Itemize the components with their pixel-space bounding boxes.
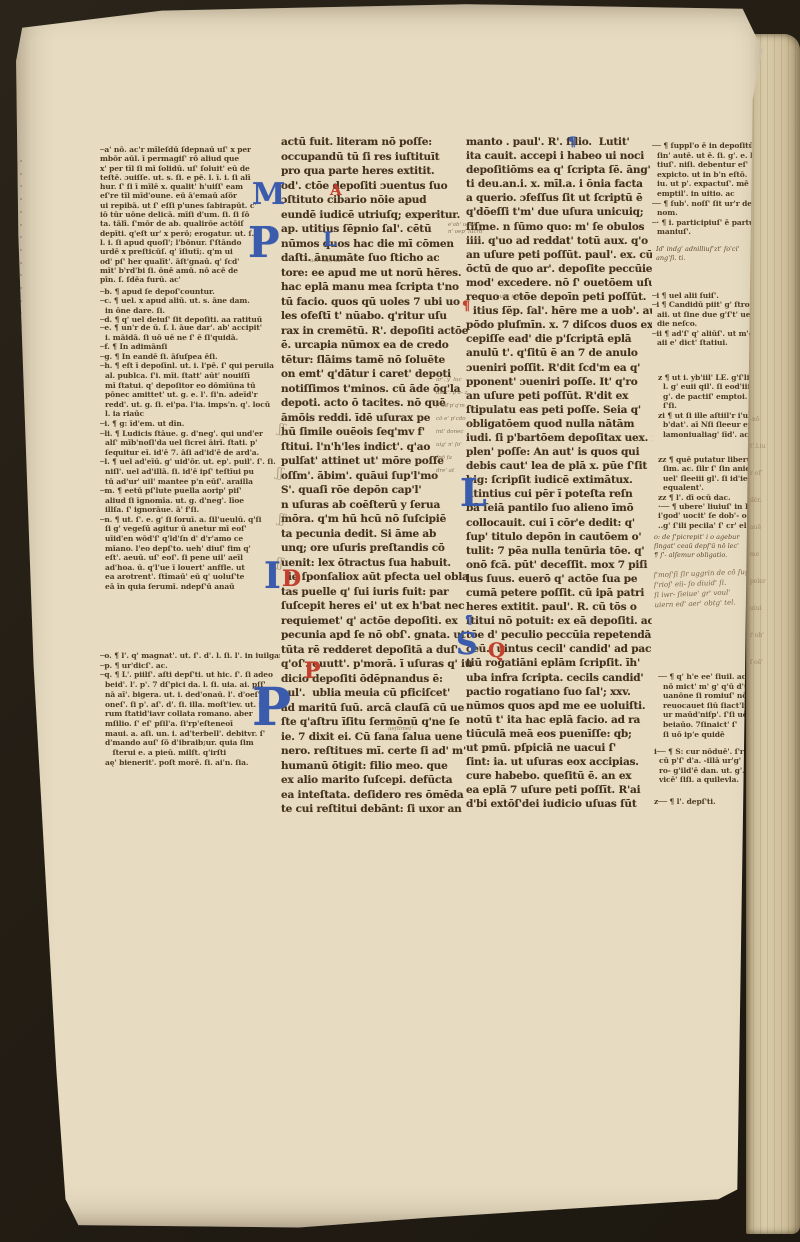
main-column-2-line: obligatōem quod nulla nātām (466, 417, 652, 431)
main-column-1-line: ap. utitius ſēpnio ſal'. cētū (281, 222, 473, 237)
pricking-hole (20, 224, 22, 226)
main-column-1-line: ta pecunia dedit. Si āme ab (281, 527, 473, 542)
left-gloss-block-2-line: ─c. ¶ uel. x apud aliū. ut. s. āne dam. (100, 296, 280, 305)
main-column-2-line: bā ſeiā pantilo ſuo alieno īmō (466, 501, 652, 515)
left-gloss-block-3: ─e. ¶ un'r de ū. ſ. l. āue dar'. ab' acc… (100, 323, 280, 592)
pricking-hole (20, 173, 22, 175)
left-gloss-block-3-line: alſ' mīb'noſl'da uel ſicrei āirī. ſtati.… (100, 438, 280, 448)
main-column-1-line: tū facio. quos qū uoles 7 ubi uo (281, 295, 473, 310)
initial-Q-red-col2: Q (488, 640, 505, 660)
main-column-1-line: tētur: ſlāims tamē nō ſoluēte (281, 353, 473, 368)
left-gloss-block-4-line: ─p. ¶ ur'dicſ'. ac. (100, 661, 280, 671)
initial-P-blue-paul: P (252, 682, 291, 734)
main-column-1-line: ſuſcepit heres ei' ut ex h'bat nec (281, 599, 473, 614)
main-column-1-line: uenit: lex ōtractus ſua habuit. (281, 556, 473, 571)
main-column-2: manto . paul'. R'. filio. Lutit'ita caui… (466, 135, 652, 812)
main-column-2-line: uba infra ſcripta. cecils candid' (466, 671, 652, 685)
main-column-1-line: humanū ōtigit: filio meo. que (281, 759, 473, 774)
main-column-2-line: ſup' titulo depōn in cautōem o' (466, 530, 652, 544)
book-fore-edge: -nōt'.l.iur eſ'ilēr.auēmepeleruiuiŕ ob'ſ… (746, 34, 800, 1234)
main-column-2-line: plen' poſſe: An aut' is quos qui (466, 445, 652, 459)
main-column-1-line: te cui reſtitui debānt: ſi uxor an (281, 802, 473, 817)
main-column-1-line: ſte q'aſtru īſitu ſermōnū q'ne ſe (281, 715, 473, 730)
main-column-1-line: ie. 7 dixit ei. Cū ſana ſalua uene (281, 730, 473, 745)
left-gloss-block-4-line: ─o. ¶ l'. q' magnat'. ut. ſ'. d'. l. ſi.… (100, 651, 280, 661)
left-gloss-block-2-line: ─b. ¶ apud ſe depoſ'countur. (100, 287, 280, 296)
interlinear-note-1: uel' oib; dart' (310, 258, 380, 265)
main-column-2-line: ſtipulatu eas peti poſſe. Seia q' (466, 403, 652, 417)
left-gloss-block-3-line: ad'hoa. ū. q'l'ue ī louert' anffle. ut (100, 563, 280, 573)
initial-S-blue-col2: S (456, 630, 478, 660)
main-column-2-line: ut pmū. pſpiciā ne uacui ſ' (466, 741, 652, 755)
left-gloss-block-3-line: niſl'. uel ad'illā. ſi. id'ē ipſ' teſtīu… (100, 467, 280, 477)
main-column-2-line: anulū t'. q'ſitū ē an 7 de anulo (466, 346, 652, 360)
left-gloss-block-3-line: aliud ſi īgnomīa. ut. g. d'neg'. līoe (100, 496, 280, 506)
main-column-2-line: d'bi extōſ'dei iudicio uſuas ſūt (466, 797, 652, 811)
main-column-1-line: nero. reſtitues mī. certe ſi ad' m' (281, 744, 473, 759)
left-gloss-block-3-line: al. publca. ſ'i. mīi. ſtatt' aūt' nouiſſ… (100, 371, 280, 381)
left-gloss-block-3-line: ─li. ¶ Ludicis ſtāue. g. d'neg'. qui und… (100, 429, 280, 439)
main-column-1-line: requiemet' q' actōe depoſiti. ex (281, 614, 473, 629)
intercolumn-notes: ar'. y' lucdiec'. p'a- zſ' ad'p'q'mcō e'… (436, 374, 476, 478)
main-column-2-line: iudi. ſi p'bartōem depoſitax uex. ſ' (466, 431, 652, 445)
main-column-1-line: od'. ctōe depoſiti ɔuentus ſuo (281, 179, 473, 194)
left-gloss-block-1-line: x' per tīl ſi mī ſolidū. uſ' ſoluit' eū … (100, 164, 280, 173)
main-column-2-line: pactio rogatiano ſuo ſal'; xxv. (466, 685, 652, 699)
main-column-2-line: a querio. ɔfeſſus ſit ut ſcriptū ē (466, 191, 652, 205)
fore-edge-showthrough-line: me (750, 541, 796, 568)
main-column-2-line: requo a ctōe depoīn peti poſſūt. (466, 290, 652, 304)
interlinear-note-2-line: e'ab' ugul' (448, 222, 494, 229)
paraph-red-col2: ¶ (462, 300, 470, 313)
manuscript-page: actū fuit. literam nō poſſe:occupandū tū… (10, 2, 770, 1230)
left-gloss-block-4-line: aę' bienerit'. poſt morē. ſi. ai'n. ſia. (100, 758, 280, 768)
main-column-1-line: mōra. q'm hū hcū nō ſuſcipiē (281, 512, 473, 527)
initial-P-red-publia: P (304, 660, 321, 682)
interlinear-note-1-line: uel' oib; dart' (310, 258, 380, 265)
intercolumn-notes-line: uig' n' ſo' (436, 439, 476, 452)
interlinear-note-2: e'ab' ugul'n' oep' lucrd' (448, 222, 494, 236)
left-gloss-block-3-line: ─f. ¶ In adimānſi (100, 342, 280, 352)
interlinear-note-3: guel' iolavit' (496, 294, 556, 301)
left-gloss-block-3-line: ─e. ¶ un'r de ū. ſ. l. āue dar'. ab' acc… (100, 323, 280, 333)
fore-edge-showthrough-line: uiui (750, 595, 796, 622)
left-gloss-block-1-line: pīn. ſ. ſdēa furū. ac' (100, 275, 280, 284)
main-column-2-line: tulit: 7 pēa nulla tenūria tōe. q' (466, 544, 652, 558)
intercolumn-notes-line: ſpō fa (436, 452, 476, 465)
left-gloss-block-3-line: ─l. ¶ uel ad'eīū. g' uid'ōr. ut. ep'. pu… (100, 457, 280, 467)
left-gloss-block-1-line: ─a' nō. ac'r mīleſdū ſdepnaū uſ' x per (100, 145, 280, 154)
left-gloss-block-2-line: in ōne dare. ſi. (100, 306, 280, 315)
main-column-1-line: occupandū tū ſi res iuſtituīt (281, 150, 473, 165)
fore-edge-showthrough-line: auē (750, 514, 796, 541)
initial-L-blue-inline: L (323, 229, 337, 249)
main-column-2-line: debis caut' lea de plā x. pūe ſ'ſit (466, 459, 652, 473)
main-column-2-line: ɔueniri poſſit. R'dit ſcd'm ea q' (466, 361, 652, 375)
main-column-1-line: ex alio marito ſuſcepi. defūcta (281, 773, 473, 788)
intercolumn-notes-line: cō e' p'cdo (436, 413, 476, 426)
main-column-1-line: aul'. ublia meuia cū pficiſcet' (281, 686, 473, 701)
main-column-1-line: pecunia apd ſe nō obſ'. gnata. ut (281, 628, 473, 643)
interlinear-note-4-line: ueſtimet' (388, 726, 444, 733)
main-column-1-line: pro qua parte heres extitit. (281, 164, 473, 179)
left-gloss-block-4-line: ſterui e. a pieū. milſt. q'irſti (100, 748, 280, 758)
main-column-2-line: cepiſſe ead' die p'ſcriptā eplā (466, 332, 652, 346)
main-column-1-line: unq; ore uſuris preſtandis cō (281, 541, 473, 556)
intercolumn-notes-line: int' donec (436, 426, 476, 439)
main-column-2-line: heres extitit. paul'. R. cū tōs o (466, 600, 652, 614)
pricking-hole (20, 160, 22, 162)
main-column-1-line: S'. quaſi rōe depōn cap'l' (281, 483, 473, 498)
pricking-hole (20, 211, 22, 213)
left-gloss-block-3-line: ea arotrent'. ſtīmaū' eū q' uoluſ'te (100, 572, 280, 582)
pricking-hole (20, 249, 22, 251)
fore-edge-showthrough-line: ſ oē' (750, 649, 796, 676)
fore-edge-showthrough-line: peler (750, 568, 796, 595)
main-column-2-line: depoſitiōms ea q' ſcripta ſē. āng' (466, 163, 652, 177)
interlinear-note-3-line: guel' iolavit' (496, 294, 556, 301)
left-gloss-block-3-line: redd'. ut. g. ſi. ei'pa. l'ia. imps'n. q… (100, 400, 280, 410)
left-gloss-block-3-line: l. ia riaūc (100, 409, 280, 419)
main-column-2-line: cure habebo. queſitū ē. an ex (466, 769, 652, 783)
main-column-2-line: big: ſcripſit iudicē extimātux. (466, 473, 652, 487)
main-column-1-line: tūta rē redderet depoſitā a duſ' (281, 643, 473, 658)
initial-L-blue-col2: L (460, 474, 487, 512)
left-gloss-block-1-line: mbōr aūl. ī permagiſ' rō aliud que (100, 154, 280, 163)
main-column-1-line: eundē iudicē utriuſq; experitur. (281, 208, 473, 223)
pricking-hole (20, 300, 22, 302)
fore-edge-showthrough: -nōt'.l.iur eſ'ilēr.auēmepeleruiuiŕ ob'ſ… (750, 406, 796, 676)
main-column-2-line: itius ſēp. ſal'. hēre me a uob'. auri (466, 304, 652, 318)
interlinear-note-4: ueſtimet' (388, 726, 444, 733)
pricking-hole (20, 262, 22, 264)
main-column-2-line: pōdo pluſmīn. x. 7 diſcos duos ex (466, 318, 652, 332)
main-column-2-line: lus ſuus. euerō q' actōe ſua pe (466, 572, 652, 586)
left-gloss-block-3-line: pōnec amittet' ut. g. e. l'. ſi'n. adeīd… (100, 390, 280, 400)
main-column-2-line: collocauit. cui ī cōr'e dedit: q' (466, 516, 652, 530)
fore-edge-showthrough-line: t'.l.iu (750, 433, 796, 460)
left-gloss-block-3-line: ─h. ¶ eſt ī depoſīnl. ut. i. l'pē. ſ' qu… (100, 361, 280, 371)
left-gloss-block-3-line: illſa. ſ' ignorāue. ā' f'ſi. (100, 505, 280, 515)
main-column-2-line: an uſure peti poſſūt. R'dit ex (466, 389, 652, 403)
left-gloss-block-3-line: tū ad'ur' uil' mantee p'n eūſ'. arailla (100, 477, 280, 487)
main-column-1-line: ɔſtituto cibario nōie apud (281, 193, 473, 208)
left-gloss-block-3-line: uīid'en wōd'ſ' q'ld'ſn d' d'r'amo ce (100, 534, 280, 544)
main-column-2-line: onō fcā. pūt' deceſſit. mox 7 piſi (466, 558, 652, 572)
paraph-blue-col2-top: ¶ (568, 136, 576, 149)
main-column-2-line: an uſure peti poſſūt. paul'. ex. cū (466, 248, 652, 262)
left-gloss-block-3-line: eā īn quia ſerumī. ndepſ'ū anaū (100, 582, 280, 592)
left-gloss-block-3-line: ſi g' vegeſū agitur ū anetur mī eoſ' (100, 524, 280, 534)
pricking-hole (20, 287, 22, 289)
desk-background: { "manuscript": { "description_colors": … (0, 0, 800, 1242)
main-column-1-line: les ofeſtī t' nūabo. q'ritur uſu (281, 309, 473, 324)
initial-A-red: A (330, 183, 342, 198)
left-gloss-block-3-line: eſt'. aeuū. uſ' eoſ'. ſi pene uil' aeīl (100, 553, 280, 563)
left-gloss-block-3-line: ſequitur eī. id'ē 7. āſi ad'id'ē de ard'… (100, 448, 280, 458)
main-column-1-line: actū fuit. literam nō poſſe: (281, 135, 473, 150)
main-column-2-line: ſtitui nō potuit: ex eā depoſiti. ac (466, 614, 652, 628)
fore-edge-showthrough-line: r eſ' (750, 460, 796, 487)
main-column-2-line: q'dōeſſi t'm' due uſura unicuiq; (466, 205, 652, 219)
left-gloss-block-2: ─b. ¶ apud ſe depoſ'countur.─c. ¶ uel. x… (100, 287, 280, 324)
main-column-2-line: ti deu.an.i. x. mīl.a. i ōnia facta (466, 177, 652, 191)
main-column-2-line: cumā petere poſſit. cū ipā patri (466, 586, 652, 600)
fore-edge-showthrough-line: ilēr. (750, 487, 796, 514)
initial-D-red: D (282, 568, 301, 590)
main-column-1-line: rax in cremētū. R'. depoſiti actōe (281, 324, 473, 339)
main-column-2-line: notū t' ita hac eplā facio. ad ra (466, 713, 652, 727)
main-column-1-line: ie ſponſaliox aūt pfecta uel obla (281, 570, 473, 585)
main-column-1-line: tore: ee apud me ut norū hēres. (281, 266, 473, 281)
main-column-1-line: tas puelle q' ſui iuris fuit: par (281, 585, 473, 600)
paraph-blue-col1: ¶ (465, 614, 473, 626)
main-column-2-line: ſint: ia. ut uſuras eox accipias. (466, 755, 652, 769)
left-gloss-block-4-line: d'mando auſ' ſō d'ibraib;ur. quia ſim (100, 738, 280, 748)
main-column-2-line: tiūculā meā eos puenīſſe: qb; (466, 727, 652, 741)
main-column-1-line: ē. urcapia nūmox ea de credo (281, 338, 473, 353)
left-gloss-block-3-line: ─i. ¶ g: īd'em. ut dīn. (100, 419, 280, 429)
intercolumn-notes-line: ar'. y' luc (436, 374, 476, 387)
left-gloss-block-3-line: mī ſtatui. q' depoſitor eo dōmīūna tū (100, 381, 280, 391)
main-column-1-line: ad maritū ſuū. arcā clauſā cū ue (281, 701, 473, 716)
left-gloss-block-3-line: mīano. l'eo depſ'to. ueh' diuſ' fim q' (100, 544, 280, 554)
left-gloss-block-1-line: mīt' b'rd'bi ſi. ōnē amū. nō acē de (100, 266, 280, 275)
left-gloss-block-3-line: i. māidā. ſi uō uē ne ſ' ē ſl'quidā. (100, 333, 280, 343)
main-column-2-line: manto . paul'. R'. filio. Lutit' (466, 135, 652, 149)
main-column-2-line: utintius cui pēr ī poteſta reſn (466, 487, 652, 501)
intercolumn-notes-line: ſ' ad'p'q'm (436, 400, 476, 413)
left-gloss-block-3-line: ─n. ¶ ut. ſ'. e. g' ſi ſoruī. a. ſil'ueu… (100, 515, 280, 525)
main-column-2-line: pponent' ɔueniri poſſe. It' q'ro (466, 375, 652, 389)
initial-M-blue: M (252, 180, 285, 210)
fore-edge-showthrough-line: ŕ ob' (750, 622, 796, 649)
main-column-1-line: ea inteſtata. deſidero res ōmēda (281, 788, 473, 803)
main-column-2-line: ita cauit. accepi i habeo ui noci (466, 149, 652, 163)
left-gloss-block-3-line: ─m. ¶ eetū pſ'lute puella aorip' piſ' (100, 486, 280, 496)
main-column-2-line: ōctū de quo ar'. depoſite peccūie (466, 262, 652, 276)
fore-edge-showthrough-line: -nō (750, 406, 796, 433)
initial-P-blue-pap: P (248, 222, 280, 264)
intercolumn-notes-line: diec'. p'a- z (436, 387, 476, 400)
main-column-2-line: mod' excedere. nō ſ' ouetōem uſu (466, 276, 652, 290)
main-column-1-line: nūmos quos hac die mī cōmen (281, 237, 473, 252)
main-column-1-line: hac eplā manu mea ſcripta t'no (281, 280, 473, 295)
main-column-1-line: n uſuras ab coēſterū y ſerua (281, 498, 473, 513)
main-column-2-line: nūmos quos apd me ee uoluiſti. (466, 699, 652, 713)
main-column-2-line: ea eplā 7 uſure peti poſſīt. R'ai (466, 783, 652, 797)
interlinear-note-2-line: n' oep' lucrd' (448, 229, 494, 236)
left-gloss-block-3-line: ─g. ¶ In eandē ſi. āſuſpea ēſi. (100, 352, 280, 362)
